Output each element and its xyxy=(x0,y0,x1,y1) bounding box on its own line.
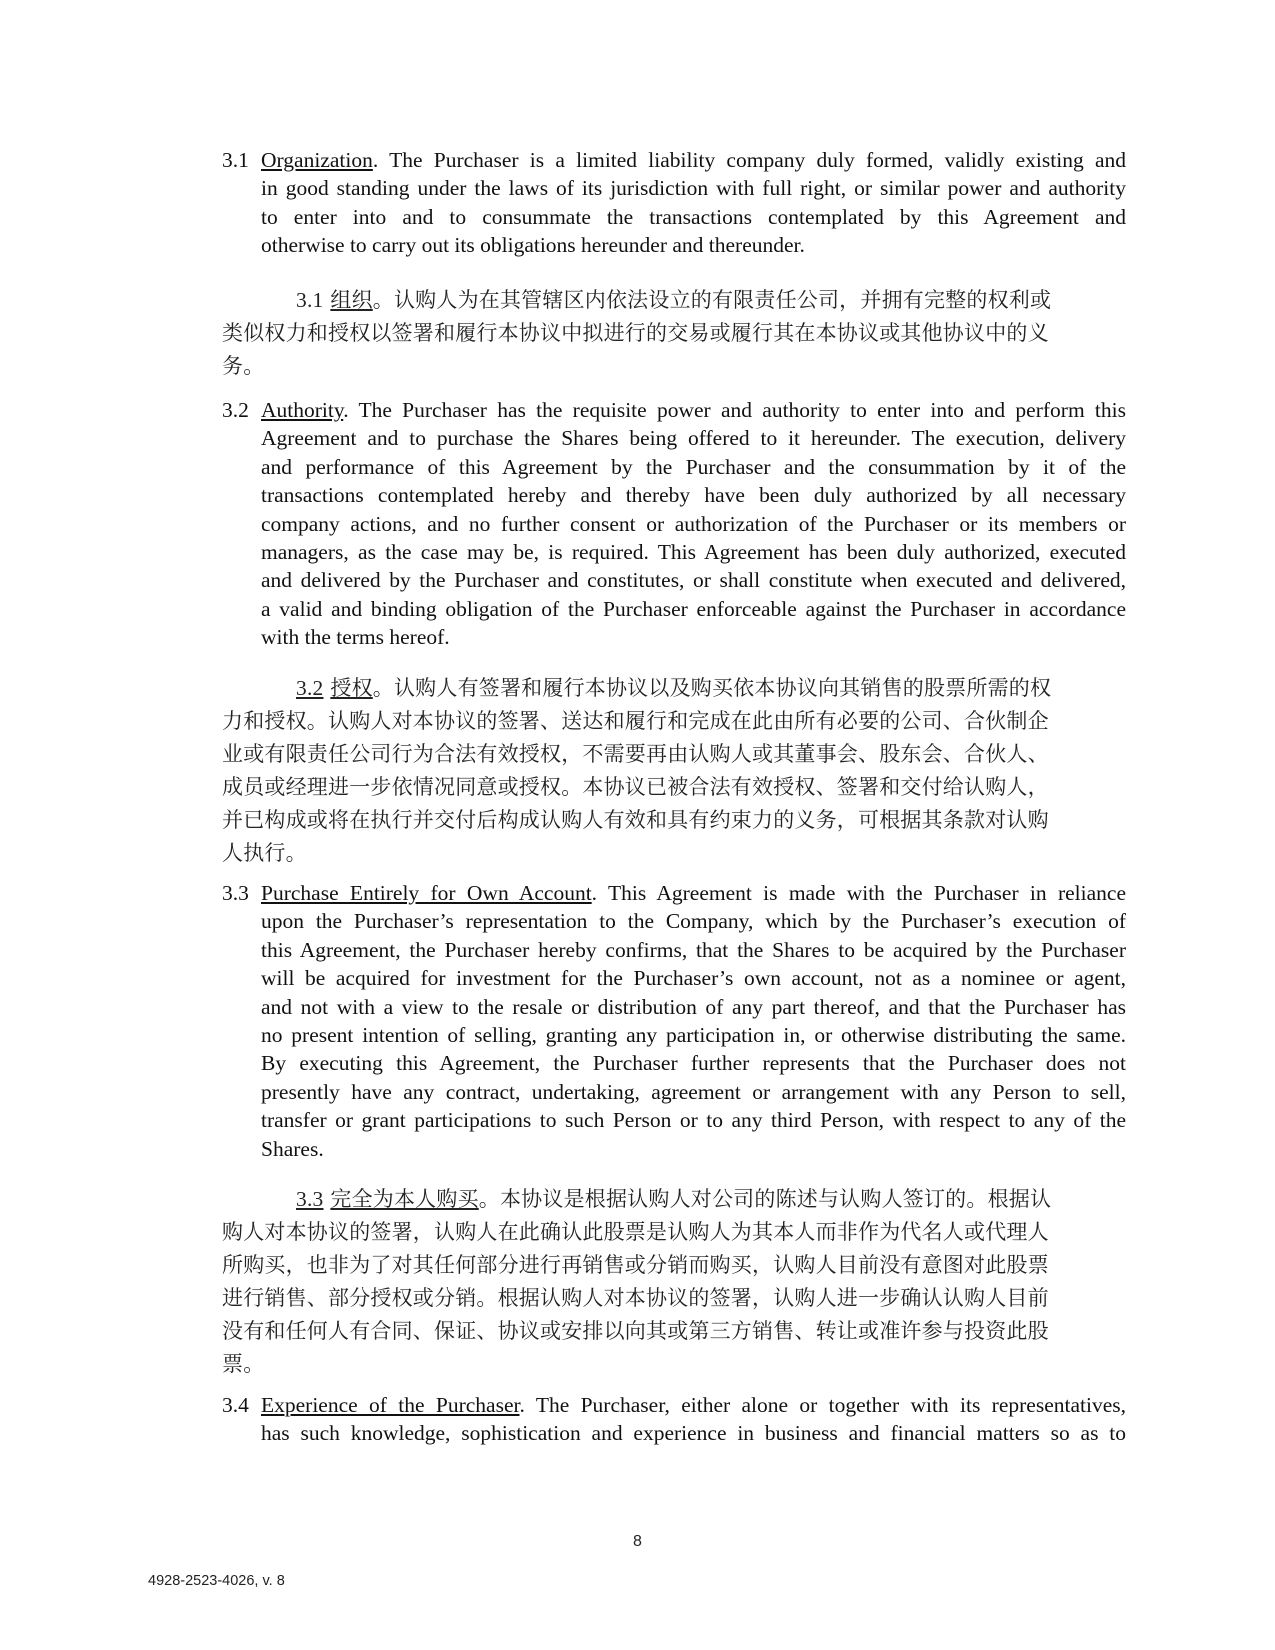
paragraph-line: 类似权力和授权以签署和履行本协议中拟进行的交易或履行其在本协议或其他协议中的义 xyxy=(222,317,1102,350)
paragraph-line: 。本协议是根据认购人对公司的陈述与认购人签订的。根据认 xyxy=(479,1187,1051,1211)
section-heading: 组织 xyxy=(330,288,372,312)
paragraph-line: 人执行。 xyxy=(222,837,1102,870)
paragraph-line: 务。 xyxy=(222,350,1102,383)
paragraph-line: 进行销售、部分授权或分销。根据认购人对本协议的签署，认购人进一步确认认购人目前 xyxy=(222,1282,1102,1315)
paragraph-line: Agreement and to purchase the Shares bei… xyxy=(261,424,1126,452)
page-number: 8 xyxy=(0,1533,1275,1551)
section-heading: Organization xyxy=(261,148,373,172)
paragraph-line: presently have any contract, undertaking… xyxy=(261,1078,1126,1106)
document-id: 4928-2523-4026, v. 8 xyxy=(148,1573,285,1589)
section-3-3-en: 3.3 Purchase Entirely for Own Account. T… xyxy=(222,879,1126,1163)
paragraph-line: 成员或经理进一步依情况同意或授权。本协议已被合法有效授权、签署和交付给认购人， xyxy=(222,771,1102,804)
section-3-1-en: 3.1 Organization. The Purchaser is a lim… xyxy=(222,146,1126,260)
paragraph-line: no present intention of selling, grantin… xyxy=(261,1021,1126,1049)
paragraph-line: to enter into and to consummate the tran… xyxy=(261,203,1126,231)
paragraph-line: in good standing under the laws of its j… xyxy=(261,174,1126,202)
section-3-2-en: 3.2 Authority. The Purchaser has the req… xyxy=(222,396,1126,652)
paragraph-line: 购人对本协议的签署，认购人在此确认此股票是认购人为其本人而非作为代名人或代理人 xyxy=(222,1216,1102,1249)
section-number: 3.4 xyxy=(222,1391,249,1419)
paragraph-line: 业或有限责任公司行为合法有效授权，不需要再由认购人或其董事会、股东会、合伙人、 xyxy=(222,738,1102,771)
paragraph-line: transfer or grant participations to such… xyxy=(261,1106,1126,1134)
paragraph-line: and delivered by the Purchaser and const… xyxy=(261,566,1126,594)
paragraph-line: 没有和任何人有合同、保证、协议或安排以向其或第三方销售、转让或准许参与投资此股 xyxy=(222,1315,1102,1348)
paragraph-line: has such knowledge, sophistication and e… xyxy=(261,1419,1126,1447)
section-3-4-en: 3.4 Experience of the Purchaser. The Pur… xyxy=(222,1391,1126,1448)
paragraph-line: Shares. xyxy=(261,1135,1126,1163)
paragraph-line: with the terms hereof. xyxy=(261,623,1126,651)
section-number: 3.1 xyxy=(296,288,323,312)
section-number: 3.3 xyxy=(222,879,249,907)
paragraph-line: By executing this Agreement, the Purchas… xyxy=(261,1049,1126,1077)
section-3-1-zh: 3.1 组织。认购人为在其管辖区内依法设立的有限责任公司，并拥有完整的权利或 类… xyxy=(222,284,1102,383)
paragraph-line: . This Agreement is made with the Purcha… xyxy=(592,881,1126,905)
paragraph-line: otherwise to carry out its obligations h… xyxy=(261,231,1126,259)
paragraph-line: managers, as the case may be, is require… xyxy=(261,538,1126,566)
document-page: 3.1 Organization. The Purchaser is a lim… xyxy=(0,0,1275,1650)
paragraph-line: will be acquired for investment for the … xyxy=(261,964,1126,992)
section-3-2-zh: 3.2 授权。认购人有签署和履行本协议以及购买依本协议向其销售的股票所需的权 力… xyxy=(222,672,1102,870)
section-number: 3.2 xyxy=(296,676,323,700)
paragraph-line: 力和授权。认购人对本协议的签署、送达和履行和完成在此由所有必要的公司、合伙制企 xyxy=(222,705,1102,738)
paragraph-line: 。认购人为在其管辖区内依法设立的有限责任公司，并拥有完整的权利或 xyxy=(373,288,1051,312)
paragraph-line: company actions, and no further consent … xyxy=(261,510,1126,538)
section-number: 3.2 xyxy=(222,396,249,424)
paragraph-line: a valid and binding obligation of the Pu… xyxy=(261,595,1126,623)
paragraph-line: . The Purchaser is a limited liability c… xyxy=(373,148,1126,172)
paragraph-line: transactions contemplated hereby and the… xyxy=(261,481,1126,509)
paragraph-line: and not with a view to the resale or dis… xyxy=(261,993,1126,1021)
paragraph-line: upon the Purchaser’s representation to t… xyxy=(261,907,1126,935)
section-number: 3.1 xyxy=(222,146,249,174)
paragraph-line: 并已构成或将在执行并交付后构成认购人有效和具有约束力的义务，可根据其条款对认购 xyxy=(222,804,1102,837)
paragraph-line: this Agreement, the Purchaser hereby con… xyxy=(261,936,1126,964)
section-3-3-zh: 3.3 完全为本人购买。本协议是根据认购人对公司的陈述与认购人签订的。根据认 购… xyxy=(222,1183,1102,1381)
section-heading: 授权 xyxy=(330,676,372,700)
paragraph-line: 所购买，也非为了对其任何部分进行再销售或分销而购买，认购人目前没有意图对此股票 xyxy=(222,1249,1102,1282)
section-heading: Experience of the Purchaser xyxy=(261,1393,519,1417)
paragraph-line: 票。 xyxy=(222,1348,1102,1381)
section-number: 3.3 xyxy=(296,1187,323,1211)
section-heading: 完全为本人购买 xyxy=(330,1187,478,1211)
section-heading: Authority xyxy=(261,398,343,422)
paragraph-line: . The Purchaser, either alone or togethe… xyxy=(519,1393,1126,1417)
paragraph-line: 。认购人有签署和履行本协议以及购买依本协议向其销售的股票所需的权 xyxy=(373,676,1051,700)
paragraph-line: and performance of this Agreement by the… xyxy=(261,453,1126,481)
section-heading: Purchase Entirely for Own Account xyxy=(261,881,592,905)
paragraph-line: . The Purchaser has the requisite power … xyxy=(343,398,1126,422)
